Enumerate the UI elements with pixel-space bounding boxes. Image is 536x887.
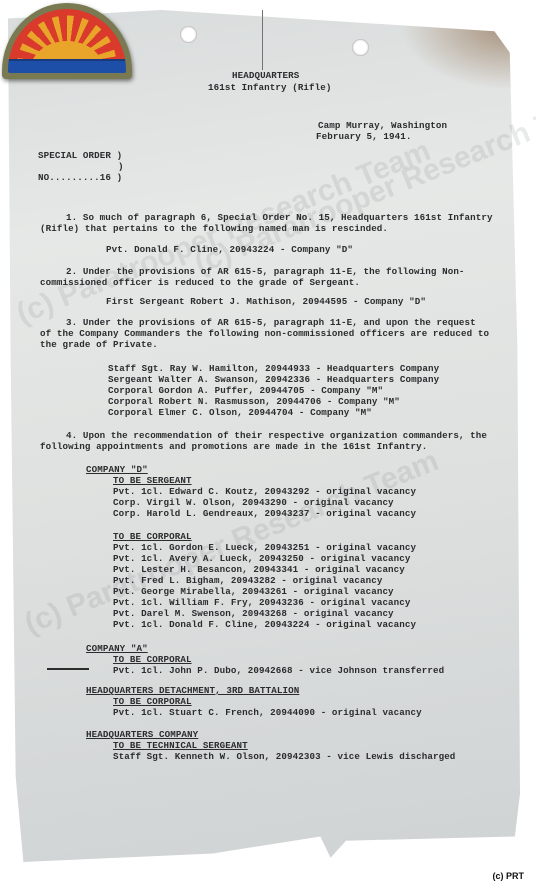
paper-stain xyxy=(400,10,520,90)
promotion-entry: Pvt. 1cl. John P. Dubo, 20942668 - vice … xyxy=(113,665,444,676)
promotion-entry: Pvt. 1cl. Donald F. Cline, 20943224 - or… xyxy=(113,619,416,630)
section-unit-company-a: COMPANY "A" xyxy=(86,643,148,654)
p3-entry: Corporal Gordon A. Puffer, 20944705 - Co… xyxy=(108,385,383,396)
header-line1: HEADQUARTERS xyxy=(232,70,299,81)
promotion-entry: Pvt. 1cl. William F. Fry, 20943236 - ori… xyxy=(113,597,411,608)
special-order-bracket: ) xyxy=(118,161,124,172)
division-patch-icon xyxy=(2,3,132,79)
header-line2: 161st Infantry (Rifle) xyxy=(208,82,332,93)
promotion-entry: Pvt. George Mirabella, 20943261 - origin… xyxy=(113,586,394,597)
section-unit-hq-detachment: HEADQUARTERS DETACHMENT, 3RD BATTALION xyxy=(86,685,299,696)
p4-line1: 4. Upon the recommendation of their resp… xyxy=(66,430,487,441)
p3-entry: Corporal Elmer C. Olson, 20944704 - Comp… xyxy=(108,407,372,418)
promotion-entry: Corp. Harold L. Gendreaux, 20943237 - or… xyxy=(113,508,416,519)
p2-line2: commissioned officer is reduced to the g… xyxy=(40,277,360,288)
p3-line2: of the Company Commanders the following … xyxy=(40,328,489,339)
promotion-entry: Pvt. 1cl. Gordon E. Lueck, 20943251 - or… xyxy=(113,542,416,553)
p3-line1: 3. Under the provisions of AR 615-5, par… xyxy=(66,317,476,328)
p1-line2: (Rifle) that pertains to the following n… xyxy=(40,223,388,234)
promotion-entry: Staff Sgt. Kenneth W. Olson, 20942303 - … xyxy=(113,751,455,762)
promotion-entry: Pvt. 1cl. Avery A. Lueck, 20943250 - ori… xyxy=(113,553,411,564)
p2-line1: 2. Under the provisions of AR 615-5, par… xyxy=(66,266,465,277)
copyright-credit: (c) PRT xyxy=(493,871,525,881)
p3-line3: the grade of Private. xyxy=(40,339,158,350)
p3-entry: Corporal Robert N. Rasmusson, 20944706 -… xyxy=(108,396,400,407)
promotion-entry: Pvt. Darel M. Swenson, 20943268 - origin… xyxy=(113,608,394,619)
p2-entry: First Sergeant Robert J. Mathison, 20944… xyxy=(106,296,426,307)
promotion-entry: Pvt. Lester H. Besancon, 20943341 - orig… xyxy=(113,564,405,575)
section-unit-company-d: COMPANY "D" xyxy=(86,464,148,475)
special-order-number: NO.........16 ) xyxy=(38,172,122,183)
group-heading: TO BE CORPORAL xyxy=(113,531,192,542)
punch-hole-right xyxy=(352,39,369,56)
group-heading: TO BE CORPORAL xyxy=(113,654,192,665)
group-heading: TO BE SERGEANT xyxy=(113,475,192,486)
location: Camp Murray, Washington xyxy=(318,120,447,131)
group-heading: TO BE CORPORAL xyxy=(113,696,192,707)
special-order-label: SPECIAL ORDER ) xyxy=(38,150,122,161)
water-stripe xyxy=(8,59,126,73)
promotion-entry: Pvt. 1cl. Edward C. Koutz, 20943292 - or… xyxy=(113,486,416,497)
p4-line2: following appointments and promotions ar… xyxy=(40,441,427,452)
promotion-entry: Pvt. Fred L. Bigham, 20943282 - original… xyxy=(113,575,382,586)
margin-mark xyxy=(47,668,89,670)
p1-entry: Pvt. Donald F. Cline, 20943224 - Company… xyxy=(106,244,353,255)
section-unit-hq-company: HEADQUARTERS COMPANY xyxy=(86,729,198,740)
p3-entry: Sergeant Walter A. Swanson, 20942336 - H… xyxy=(108,374,439,385)
promotion-entry: Pvt. 1cl. Stuart C. French, 20944090 - o… xyxy=(113,707,422,718)
paper-fold xyxy=(262,10,263,70)
p3-entry: Staff Sgt. Ray W. Hamilton, 20944933 - H… xyxy=(108,363,439,374)
group-heading: TO BE TECHNICAL SERGEANT xyxy=(113,740,248,751)
promotion-entry: Corp. Virgil W. Olson, 20943290 - origin… xyxy=(113,497,394,508)
p1-line1: 1. So much of paragraph 6, Special Order… xyxy=(66,212,493,223)
punch-hole-left xyxy=(180,26,197,43)
date: February 5, 1941. xyxy=(316,131,411,142)
